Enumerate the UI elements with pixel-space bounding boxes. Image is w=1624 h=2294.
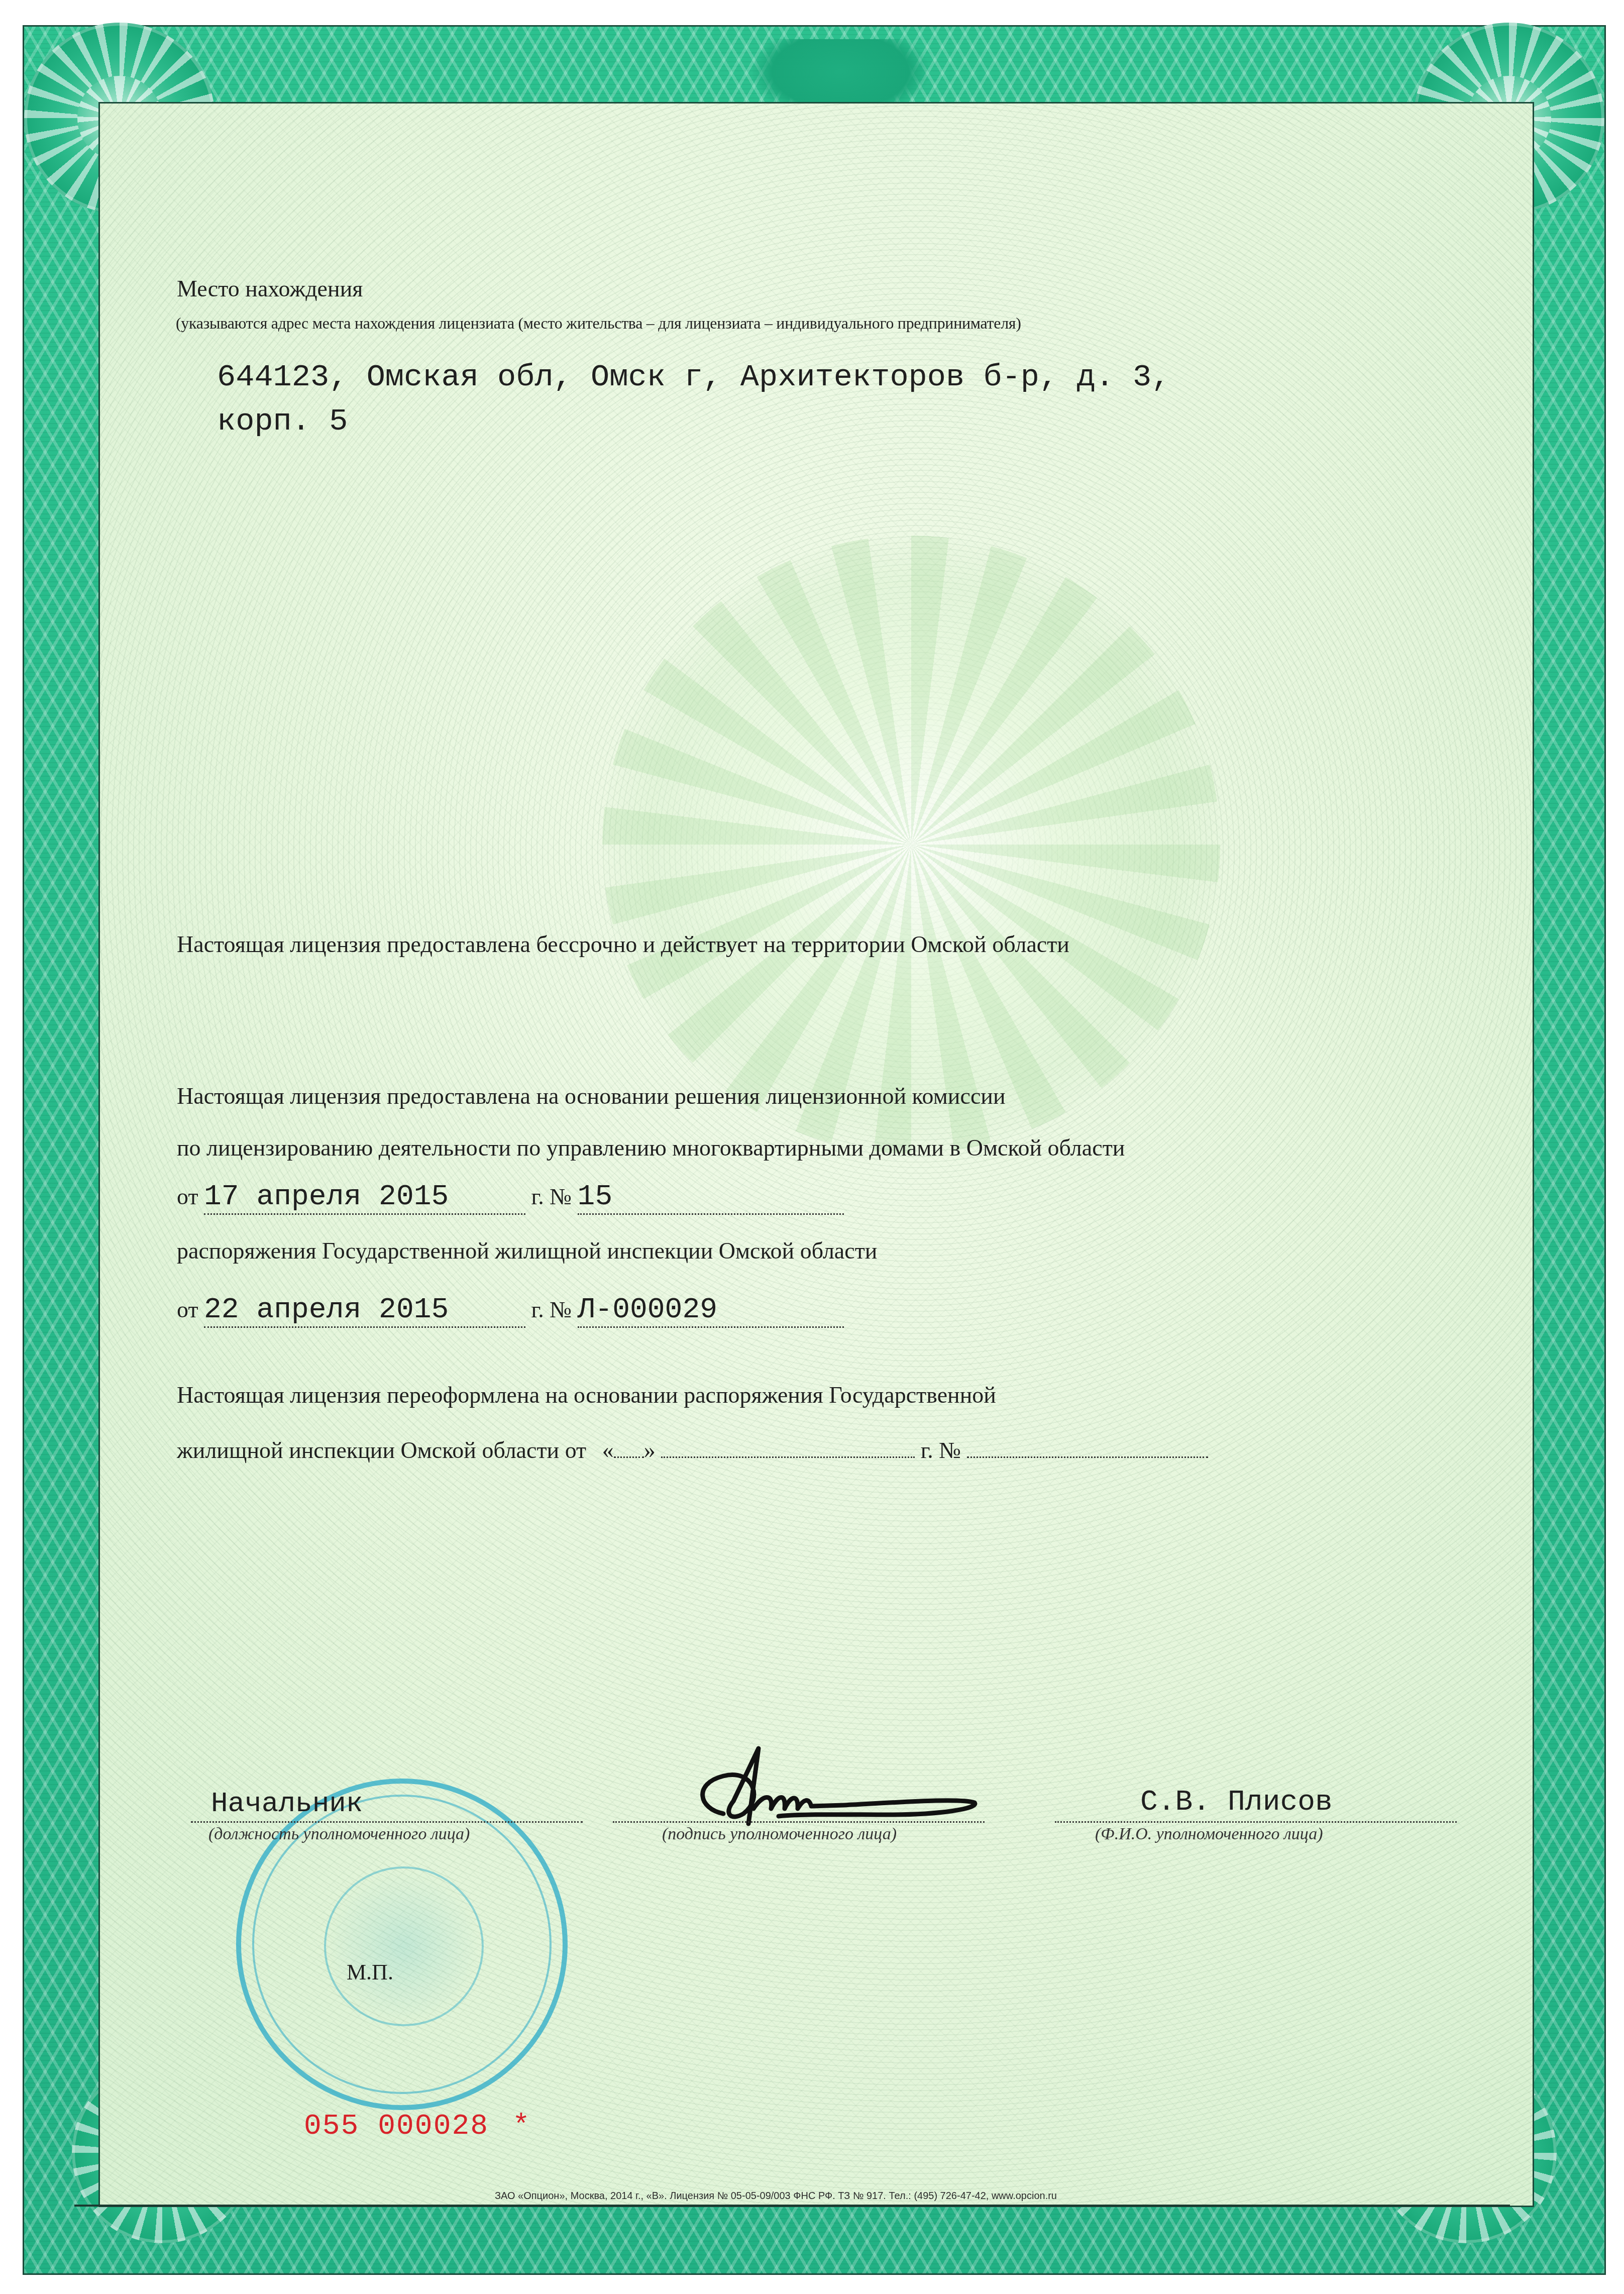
order-date-field: 22 апреля 2015	[204, 1294, 525, 1328]
signature-caption: (подпись уполномоченного лица)	[662, 1825, 897, 1844]
location-label: Место нахождения	[177, 275, 363, 302]
reissue-close-quote: »	[644, 1437, 656, 1463]
order-row: от 22 апреля 2015 г. № Л-000029	[177, 1294, 844, 1328]
reissue-row: жилищной инспекции Омской области от «» …	[177, 1437, 1208, 1464]
decision-day: 17	[204, 1181, 239, 1213]
order-number: Л-000029	[578, 1294, 844, 1328]
footer-rule	[74, 2205, 1510, 2207]
order-number-sign: №	[550, 1297, 572, 1322]
serial-number: 000028	[378, 2110, 489, 2143]
decision-number: 15	[578, 1181, 844, 1215]
reissue-month	[661, 1456, 915, 1458]
reissue-line-1: Настоящая лицензия переоформлена на осно…	[177, 1382, 996, 1408]
name-caption: (Ф.И.О. уполномоченного лица)	[1095, 1825, 1323, 1844]
address-line-1: 644123, Омская обл, Омск г, Архитекторов…	[217, 359, 1170, 395]
reissue-prefix: жилищной инспекции Омской области от	[177, 1437, 586, 1463]
decision-prefix: от	[177, 1184, 198, 1209]
serial-mark: *	[512, 2110, 531, 2143]
order-label: распоряжения Государственной жилищной ин…	[177, 1237, 877, 1264]
serial-series: 055	[304, 2110, 359, 2143]
order-month: апреля	[256, 1294, 361, 1326]
position-value: Начальник	[211, 1788, 363, 1820]
basis-line-1: Настоящая лицензия предоставлена на осно…	[177, 1083, 1006, 1109]
position-caption: (должность уполномоченного лица)	[208, 1825, 470, 1844]
signature-rule	[613, 1821, 985, 1823]
seal-mark-label: М.П.	[347, 1959, 393, 1985]
name-rule	[1055, 1821, 1457, 1823]
order-year: 2015	[379, 1294, 449, 1326]
form-serial-number: 055 000028 *	[304, 2110, 531, 2143]
basis-line-2: по лицензированию деятельности по управл…	[177, 1134, 1125, 1161]
reissue-day	[614, 1456, 644, 1458]
coat-of-arms-icon	[324, 1866, 484, 2026]
decision-number-sign: №	[550, 1184, 572, 1209]
reissue-number-sign: №	[939, 1437, 961, 1463]
decision-year: 2015	[379, 1181, 449, 1213]
reissue-year-suffix: г.	[921, 1437, 933, 1463]
location-hint: (указываются адрес места нахождения лице…	[176, 314, 1021, 333]
position-rule	[191, 1821, 583, 1823]
order-year-suffix: г.	[531, 1297, 544, 1322]
printer-imprint: ЗАО «Опцион», Москва, 2014 г., «В». Лице…	[495, 2191, 1057, 2202]
decision-row: от 17 апреля 2015 г. № 15	[177, 1181, 844, 1215]
decision-year-suffix: г.	[531, 1184, 544, 1209]
reissue-open-quote: «	[602, 1437, 614, 1463]
order-day: 22	[204, 1294, 239, 1326]
decision-month: апреля	[256, 1181, 361, 1213]
reissue-number	[967, 1456, 1208, 1458]
official-name: С.В. Плисов	[1140, 1786, 1333, 1819]
order-prefix: от	[177, 1297, 198, 1322]
validity-text: Настоящая лицензия предоставлена бессроч…	[177, 931, 1069, 958]
decision-date-field: 17 апреля 2015	[204, 1181, 525, 1215]
address-line-2: корп. 5	[217, 403, 348, 439]
watermark-rosette-icon	[602, 536, 1220, 1154]
